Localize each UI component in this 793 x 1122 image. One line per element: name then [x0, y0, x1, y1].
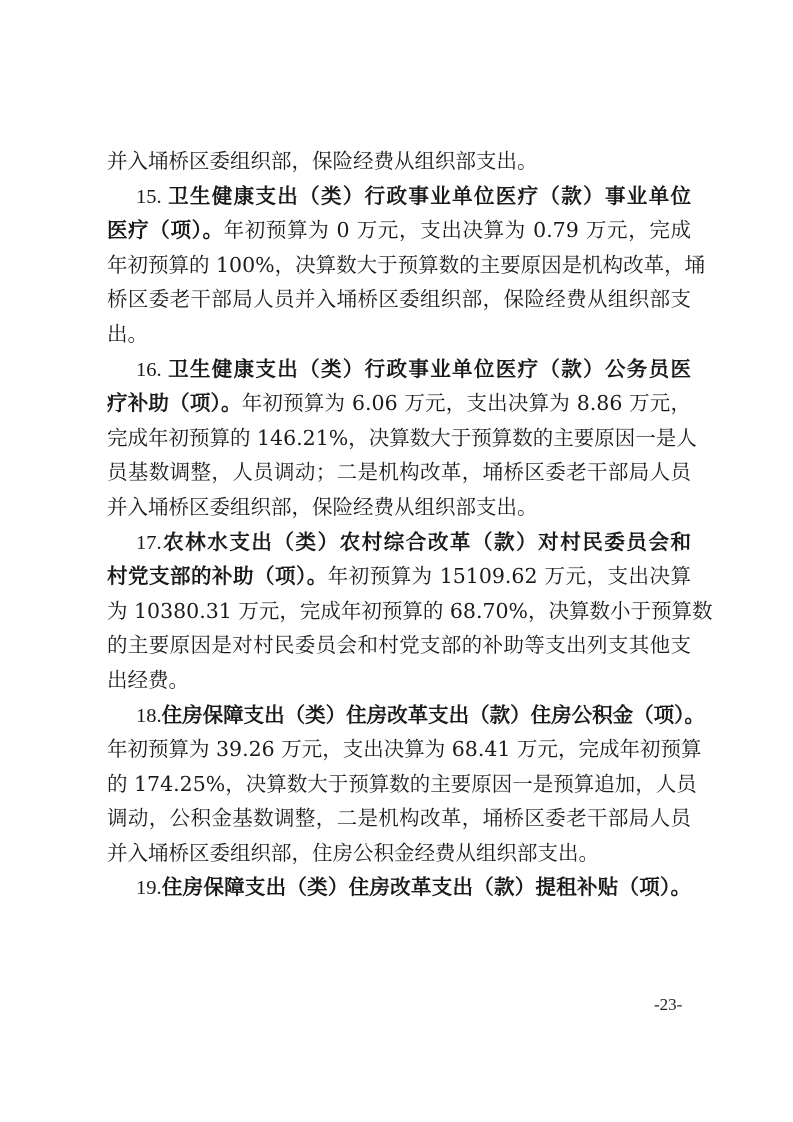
text-line: 桥区委老干部局人员并入埇桥区委组织部，保险经费从组织部支 — [107, 282, 691, 317]
text-segment: 为 10380.31 万元，完成年初预算的 68.70%，决算数小于预算数 — [107, 599, 713, 623]
text-segment: 员基数调整，人员调动；二是机构改革，埇桥区委老干部局人员 — [107, 460, 691, 484]
item-number: 19. — [136, 877, 162, 899]
item-heading: 卫生健康支出（类）行政事业单位医疗（款）事业单位 — [168, 184, 691, 208]
item-heading: 农林水支出（类）农村综合改革（款）对村民委员会和 — [162, 530, 691, 554]
text-segment: 的主要原因是对村民委员会和村党支部的补助等支出列支其他支 — [107, 633, 691, 657]
text-segment: 并入埇桥区委组织部，保险经费从组织部支出。 — [107, 149, 538, 173]
document-body: 并入埇桥区委组织部，保险经费从组织部支出。 15. 卫生健康支出（类）行政事业单… — [107, 144, 691, 905]
text-line: 出。 — [107, 317, 691, 352]
text-line: 年初预算为 39.26 万元，支出决算为 68.41 万元，完成年初预算 — [107, 732, 691, 767]
text-segment: 年初预算为 39.26 万元，支出决算为 68.41 万元，完成年初预算 — [107, 737, 701, 761]
text-line: 为 10380.31 万元，完成年初预算的 68.70%，决算数小于预算数 — [107, 594, 691, 629]
text-line: 出经费。 — [107, 663, 691, 698]
text-segment: 调动，公积金基数调整，二是机构改革，埇桥区委老干部局人员 — [107, 806, 691, 830]
text-line: 并入埇桥区委组织部，住房公积金经费从组织部支出。 — [107, 836, 691, 871]
item-15-heading-line: 15. 卫生健康支出（类）行政事业单位医疗（款）事业单位 — [107, 179, 691, 214]
text-segment: 完成年初预算的 146.21%，决算数大于预算数的主要原因一是人 — [107, 426, 697, 450]
text-segment: 桥区委老干部局人员并入埇桥区委组织部，保险经费从组织部支 — [107, 287, 691, 311]
text-line: 并入埇桥区委组织部，保险经费从组织部支出。 — [107, 144, 691, 179]
text-line: 村党支部的补助（项）。年初预算为 15109.62 万元，支出决算 — [107, 559, 691, 594]
item-18-heading-line: 18.住房保障支出（类）住房改革支出（款）住房公积金（项）。 — [107, 698, 691, 733]
item-heading: 村党支部的补助（项）。 — [107, 564, 328, 588]
text-segment: 并入埇桥区委组织部，保险经费从组织部支出。 — [107, 495, 538, 519]
item-number: 18. — [136, 705, 162, 727]
text-line: 的主要原因是对村民委员会和村党支部的补助等支出列支其他支 — [107, 628, 691, 663]
text-segment: 年初预算的 100%，决算数大于预算数的主要原因是机构改革，埇 — [107, 253, 705, 277]
page-number: -23- — [654, 995, 682, 1015]
item-heading: 医疗（项）。 — [107, 218, 224, 242]
text-segment: 年初预算为 0 万元，支出决算为 0.79 万元，完成 — [224, 218, 691, 242]
item-heading: 住房保障支出（类）住房改革支出（款）住房公积金（项）。 — [162, 703, 705, 727]
item-number: 17. — [136, 532, 162, 554]
text-segment: 年初预算为 6.06 万元，支出决算为 8.86 万元， — [242, 391, 691, 415]
item-number: 15. — [136, 186, 168, 208]
text-line: 完成年初预算的 146.21%，决算数大于预算数的主要原因一是人 — [107, 421, 691, 456]
item-heading: 住房保障支出（类）住房改革支出（款）提租补贴（项）。 — [162, 875, 691, 899]
text-line: 医疗（项）。年初预算为 0 万元，支出决算为 0.79 万元，完成 — [107, 213, 691, 248]
text-line: 并入埇桥区委组织部，保险经费从组织部支出。 — [107, 490, 691, 525]
item-number: 16. — [136, 359, 168, 381]
item-19-heading-line: 19.住房保障支出（类）住房改革支出（款）提租补贴（项）。 — [107, 870, 691, 905]
item-17-heading-line: 17.农林水支出（类）农村综合改革（款）对村民委员会和 — [107, 525, 691, 560]
text-line: 疗补助（项）。年初预算为 6.06 万元，支出决算为 8.86 万元， — [107, 386, 691, 421]
text-line: 调动，公积金基数调整，二是机构改革，埇桥区委老干部局人员 — [107, 801, 691, 836]
text-segment: 出。 — [107, 322, 148, 346]
item-heading: 疗补助（项）。 — [107, 391, 242, 415]
text-line: 年初预算的 100%，决算数大于预算数的主要原因是机构改革，埇 — [107, 248, 691, 283]
item-heading: 卫生健康支出（类）行政事业单位医疗（款）公务员医 — [168, 357, 691, 381]
item-16-heading-line: 16. 卫生健康支出（类）行政事业单位医疗（款）公务员医 — [107, 352, 691, 387]
text-segment: 并入埇桥区委组织部，住房公积金经费从组织部支出。 — [107, 841, 599, 865]
text-segment: 年初预算为 15109.62 万元，支出决算 — [328, 564, 691, 588]
text-segment: 的 174.25%，决算数大于预算数的主要原因一是预算追加，人员 — [107, 772, 697, 796]
text-line: 员基数调整，人员调动；二是机构改革，埇桥区委老干部局人员 — [107, 455, 691, 490]
text-segment: 出经费。 — [107, 668, 189, 692]
text-line: 的 174.25%，决算数大于预算数的主要原因一是预算追加，人员 — [107, 767, 691, 802]
